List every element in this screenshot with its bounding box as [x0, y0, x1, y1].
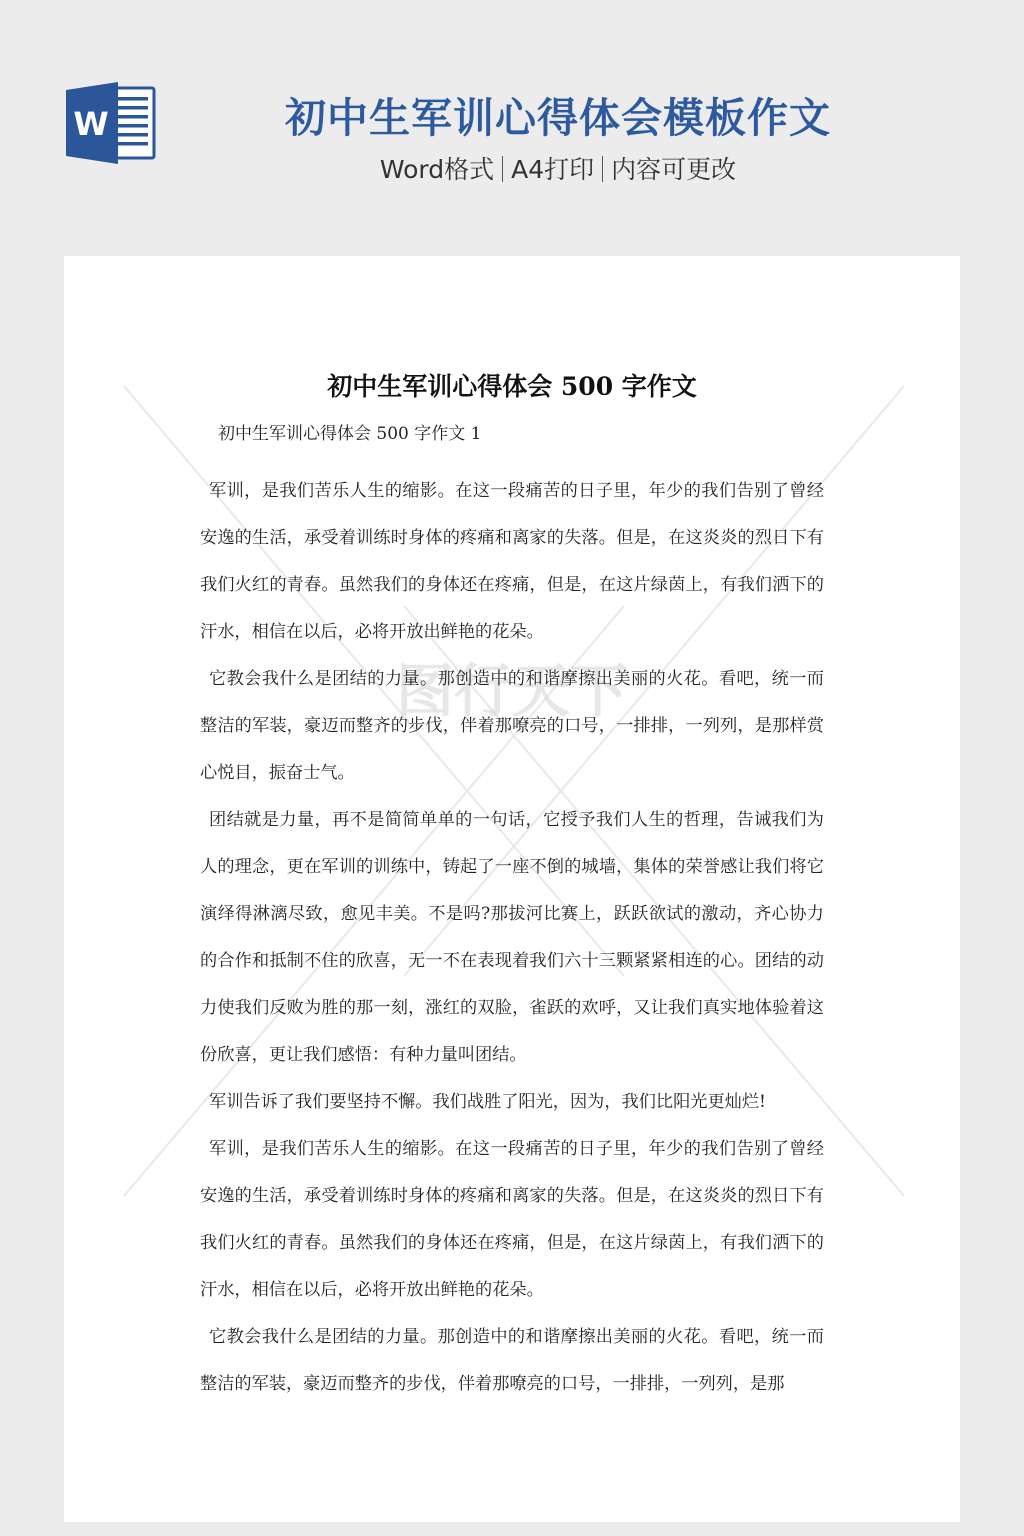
- paragraph: 它教会我什么是团结的力量。那创造中的和谐摩擦出美丽的火花。看吧，统一而整洁的军装…: [200, 656, 824, 797]
- word-document-icon: W: [64, 80, 158, 164]
- document-body: 军训，是我们苦乐人生的缩影。在这一段痛苦的日子里，年少的我们告别了曾经安逸的生活…: [200, 468, 824, 1408]
- editable-label: 内容可更改: [611, 155, 736, 184]
- page-title: 初中生军训心得体会模板作文: [250, 92, 866, 144]
- page-header: W 初中生军训心得体会模板作文 Word格式A4打印内容可更改: [0, 0, 1024, 256]
- print-label: A4打印: [511, 155, 594, 184]
- paragraph: 军训告诉了我们要坚持不懈。我们战胜了阳光，因为，我们比阳光更灿烂!: [200, 1079, 824, 1126]
- divider: [502, 156, 503, 182]
- paragraph: 军训，是我们苦乐人生的缩影。在这一段痛苦的日子里，年少的我们告别了曾经安逸的生活…: [200, 468, 824, 656]
- paragraph: 团结就是力量，再不是简简单单的一句话，它授予我们人生的哲理，告诫我们为人的理念，…: [200, 797, 824, 1079]
- divider: [602, 156, 603, 182]
- svg-text:W: W: [73, 105, 108, 143]
- document-subheading: 初中生军训心得体会 500 字作文 1: [218, 422, 481, 446]
- document-title: 初中生军训心得体会 500 字作文: [64, 369, 960, 405]
- format-label: Word格式: [380, 155, 494, 184]
- page-subtitle: Word格式A4打印内容可更改: [250, 152, 866, 188]
- paragraph: 它教会我什么是团结的力量。那创造中的和谐摩擦出美丽的火花。看吧，统一而整洁的军装…: [200, 1314, 824, 1408]
- document-page: 图行天下 初中生军训心得体会 500 字作文 初中生军训心得体会 500 字作文…: [64, 256, 960, 1522]
- paragraph: 军训，是我们苦乐人生的缩影。在这一段痛苦的日子里，年少的我们告别了曾经安逸的生活…: [200, 1126, 824, 1314]
